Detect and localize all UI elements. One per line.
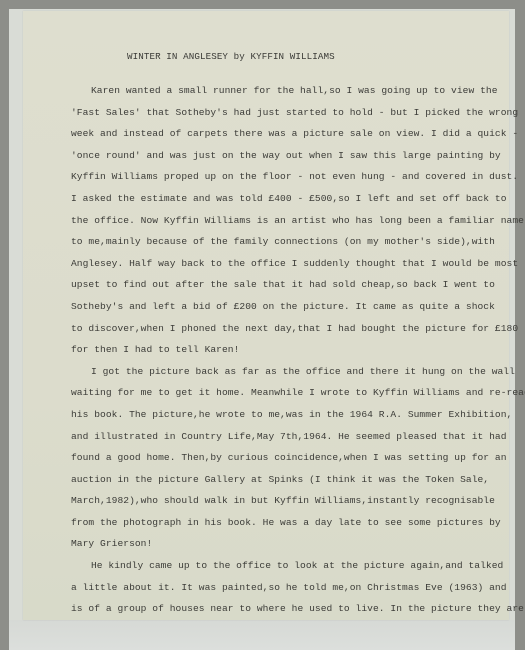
text-line: 'Fast Sales' that Sotheby's had just sta… bbox=[71, 102, 491, 124]
text-line: Sotheby's and left a bid of £200 on the … bbox=[71, 296, 491, 318]
text-line: He kindly came up to the office to look … bbox=[71, 555, 491, 577]
text-line: a little about it. It was painted,so he … bbox=[71, 577, 491, 599]
text-line: Kyffin Williams proped up on the floor -… bbox=[71, 166, 491, 188]
text-line: to me,mainly because of the family conne… bbox=[71, 231, 491, 253]
text-line: Mary Grierson! bbox=[71, 533, 491, 555]
text-line: the office. Now Kyffin Williams is an ar… bbox=[71, 210, 491, 232]
body-text: Karen wanted a small runner for the hall… bbox=[71, 80, 491, 620]
text-line: found a good home. Then,by curious coinc… bbox=[71, 447, 491, 469]
text-line: for then I had to tell Karen! bbox=[71, 339, 491, 361]
sleeve-bottom-edge bbox=[9, 620, 515, 650]
text-line: week and instead of carpets there was a … bbox=[71, 123, 491, 145]
text-line: I asked the estimate and was told £400 -… bbox=[71, 188, 491, 210]
text-line: upset to find out after the sale that it… bbox=[71, 274, 491, 296]
text-line: is of a group of houses near to where he… bbox=[71, 598, 491, 620]
text-line: 'once round' and was just on the way out… bbox=[71, 145, 491, 167]
text-line: Karen wanted a small runner for the hall… bbox=[71, 80, 491, 102]
text-line: his book. The picture,he wrote to me,was… bbox=[71, 404, 491, 426]
text-line: March,1982),who should walk in but Kyffi… bbox=[71, 490, 491, 512]
text-line: and illustrated in Country Life,May 7th,… bbox=[71, 426, 491, 448]
page-title: WINTER IN ANGLESEY by KYFFIN WILLIAMS bbox=[127, 51, 335, 62]
text-line: waiting for me to get it home. Meanwhile… bbox=[71, 382, 491, 404]
text-line: from the photograph in his book. He was … bbox=[71, 512, 491, 534]
text-line: to discover,when I phoned the next day,t… bbox=[71, 318, 491, 340]
text-line: I got the picture back as far as the off… bbox=[71, 361, 491, 383]
text-line: auction in the picture Gallery at Spinks… bbox=[71, 469, 491, 491]
text-line: Anglesey. Half way back to the office I … bbox=[71, 253, 491, 275]
